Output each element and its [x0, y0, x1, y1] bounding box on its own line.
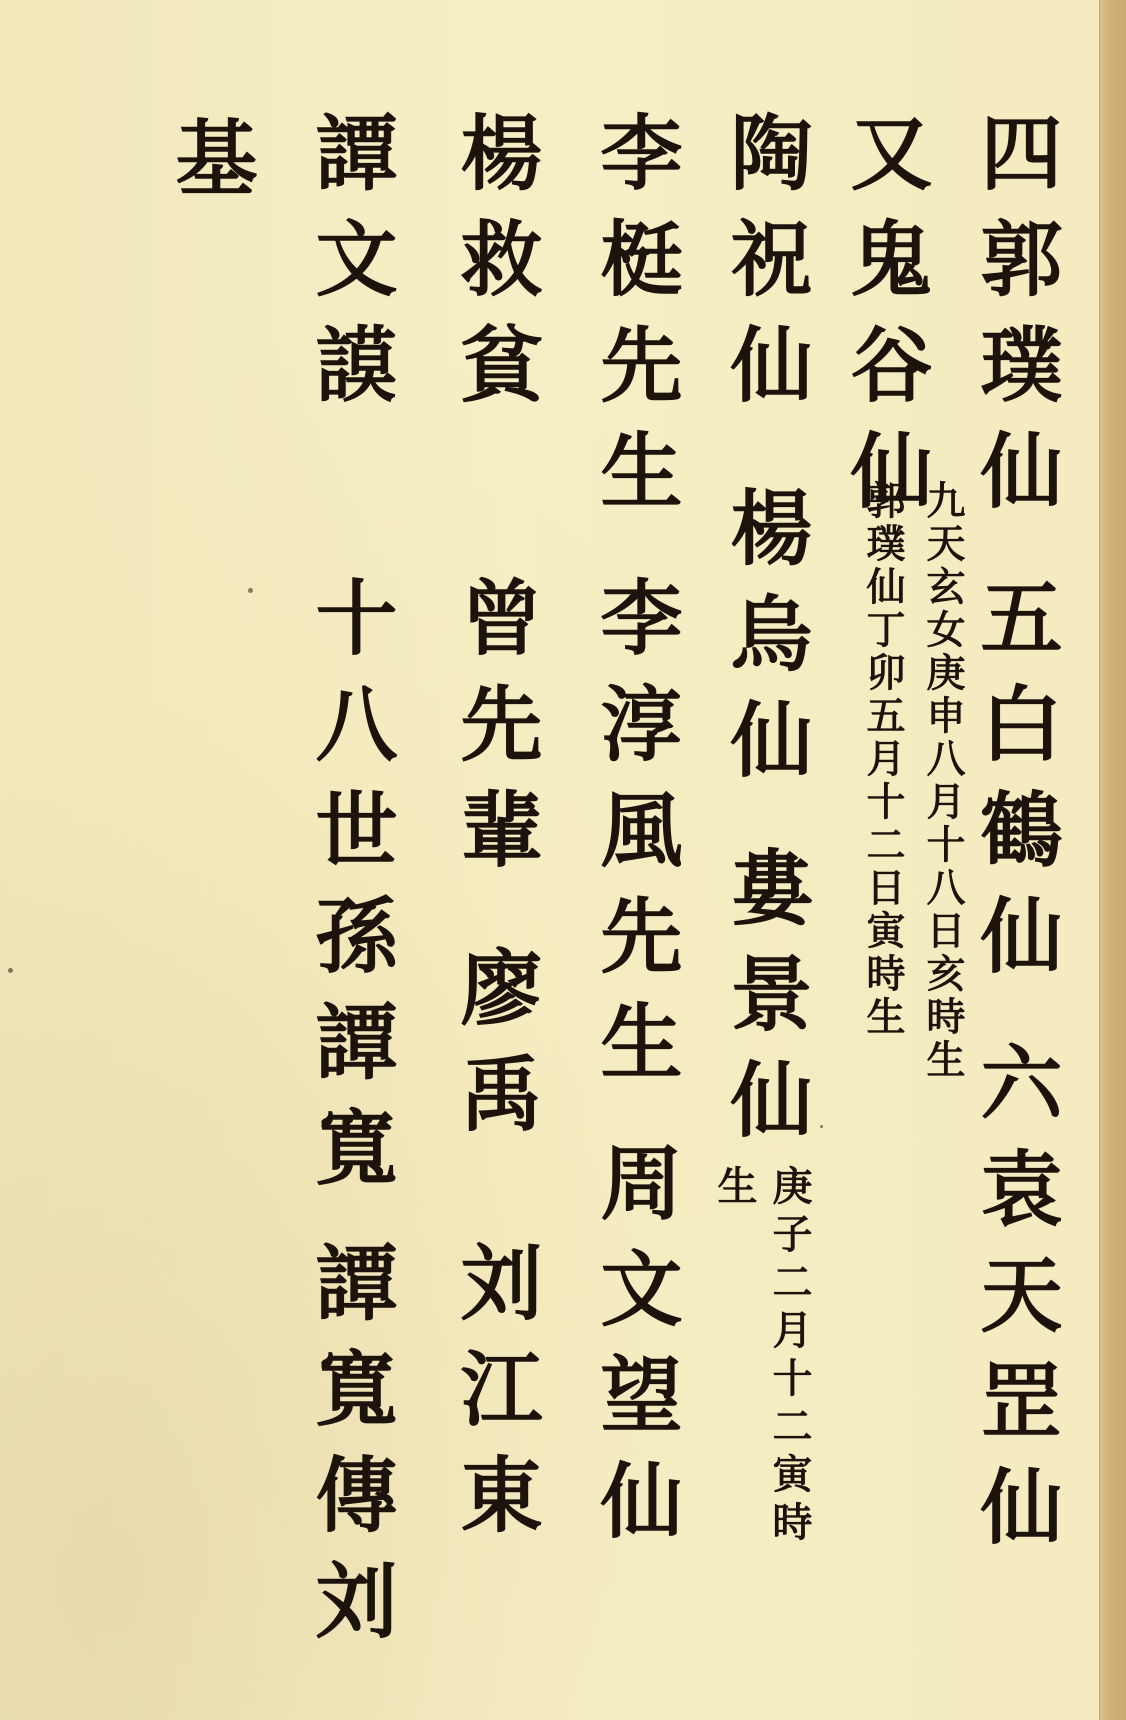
- text-segment: 四郭璞仙: [965, 110, 1065, 534]
- ink-speck: [820, 1125, 823, 1128]
- page-binding-edge: [1099, 0, 1126, 1720]
- text-segment: 周文望仙: [585, 1140, 685, 1564]
- text-segment: 十八世孫譚寬: [300, 575, 400, 1211]
- text-segment: 譚寬傳刘: [300, 1240, 400, 1664]
- text-segment: 李梃先生: [585, 110, 685, 534]
- manuscript-page: 四郭璞仙 五白鶴仙 六袁天罡仙 又鬼谷仙 九天玄女庚申八月十八日亥時生 郭璞仙丁…: [0, 0, 1126, 1720]
- annotation-left-line: 生: [710, 1165, 758, 1211]
- text-segment: 基: [160, 115, 260, 221]
- annotation-right-line: 庚子二月十二寅時: [765, 1165, 813, 1549]
- text-segment: 楊救貧: [445, 110, 545, 428]
- text-segment: 五白鶴仙: [965, 575, 1065, 999]
- text-segment: 刘江東: [445, 1240, 545, 1558]
- text-segment: 楊烏仙: [715, 485, 815, 803]
- annotation-left-line: 郭璞仙丁卯五月十二日寅時生: [860, 480, 906, 1039]
- text-segment: 曾先輩: [445, 575, 545, 893]
- ink-speck: [248, 588, 253, 593]
- text-segment: 廖禹: [445, 945, 545, 1157]
- text-segment: 六袁天罡仙: [965, 1040, 1065, 1570]
- ink-speck: [8, 968, 13, 973]
- text-segment: 又鬼谷仙: [835, 110, 935, 534]
- text-segment: 李淳風先生: [585, 575, 685, 1105]
- text-segment: 譚文謨: [300, 110, 400, 428]
- text-segment: 陶祝仙: [715, 110, 815, 428]
- annotation-right-line: 九天玄女庚申八月十八日亥時生: [920, 480, 966, 1082]
- text-segment: 婁景仙: [715, 845, 815, 1163]
